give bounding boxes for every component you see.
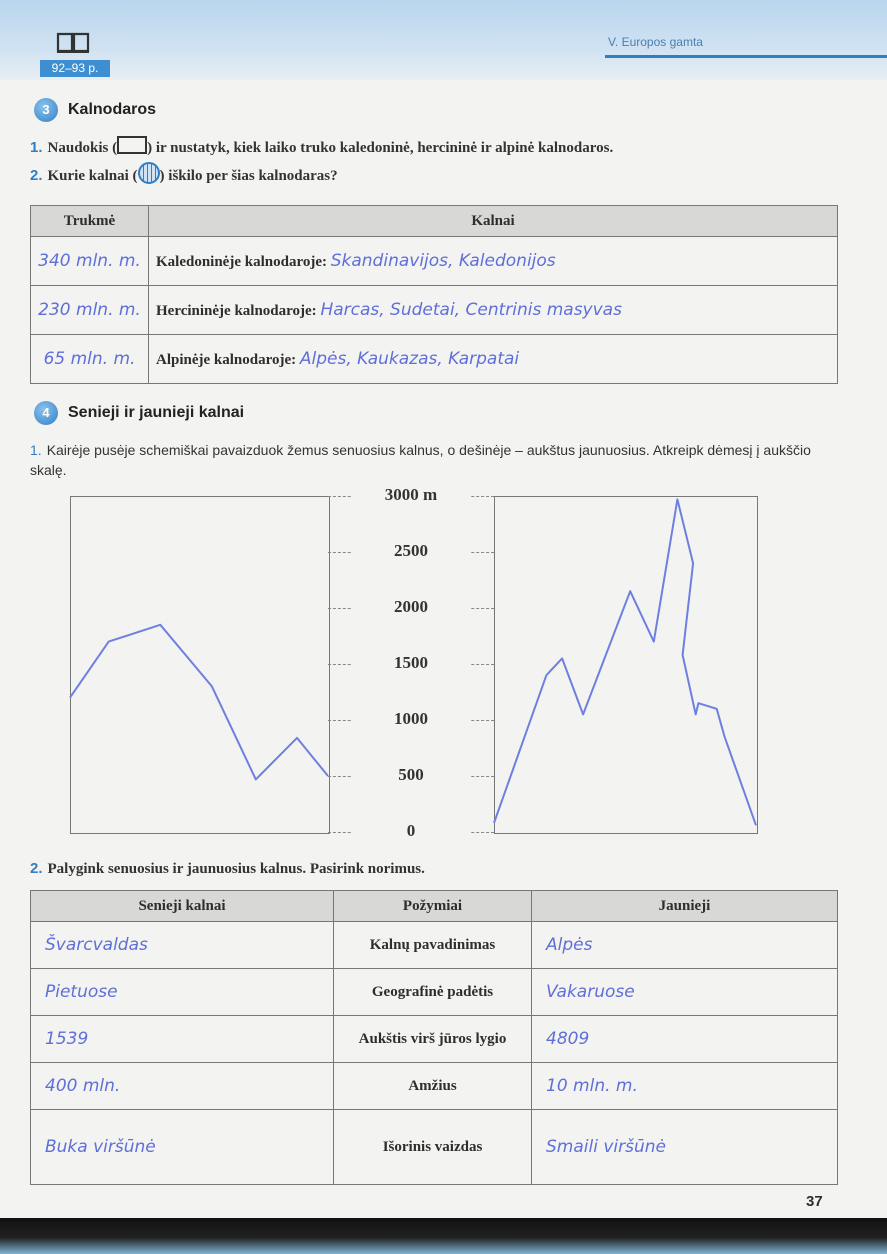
scale-label: 2000 (351, 597, 471, 617)
young-answer[interactable]: Vakaruose (532, 969, 838, 1016)
young-answer[interactable]: 10 mln. m. (532, 1063, 838, 1110)
section-number-badge: 4 (34, 401, 58, 425)
comparison-table: Senieji kalnai Požymiai Jaunieji Švarcva… (30, 890, 838, 1185)
column-header-old: Senieji kalnai (31, 891, 334, 922)
section-title: Senieji ir jaunieji kalnai (68, 404, 244, 422)
table-row: Buka viršūnė Išorinis vaizdas Smaili vir… (31, 1110, 838, 1185)
table-row: Pietuose Geografinė padėtis Vakaruose (31, 969, 838, 1016)
young-answer[interactable]: Alpės (532, 922, 838, 969)
column-header-duration: Trukmė (31, 206, 149, 237)
scan-edge (0, 1218, 887, 1254)
feature-label: Išorinis vaizdas (334, 1110, 532, 1185)
old-answer[interactable]: Švarcvaldas (31, 922, 334, 969)
scale-label: 0 (351, 821, 471, 841)
answer-field[interactable]: Harcas, Sudetai, Centrinis masyvas (320, 300, 622, 320)
table-row: Švarcvaldas Kalnų pavadinimas Alpės (31, 922, 838, 969)
old-answer[interactable]: Buka viršūnė (31, 1110, 334, 1185)
old-answer[interactable]: 1539 (31, 1016, 334, 1063)
scale-label: 2500 (351, 541, 471, 561)
chapter-title: V. Europos gamta (608, 35, 703, 49)
answer-field[interactable]: Alpės, Kaukazas, Karpatai (300, 349, 519, 369)
feature-label: Amžius (334, 1063, 532, 1110)
column-header-mountains: Kalnai (149, 206, 838, 237)
section-number-badge: 3 (34, 98, 58, 122)
table-row: 340 mln. m. Kaledoninėje kalnodaroje: Sk… (31, 237, 838, 286)
feature-label: Kalnų pavadinimas (334, 922, 532, 969)
old-answer[interactable]: Pietuose (31, 969, 334, 1016)
section-4-heading: 4 Senieji ir jaunieji kalnai (34, 401, 244, 425)
feature-label: Aukštis virš jūros lygio (334, 1016, 532, 1063)
column-header-features: Požymiai (334, 891, 532, 922)
old-answer[interactable]: 400 mln. (31, 1063, 334, 1110)
orogeny-table: Trukmė Kalnai 340 mln. m. Kaledoninėje k… (30, 205, 838, 384)
scale-label: 3000 m (351, 485, 471, 505)
task-3-1: 1.Naudokis () ir nustatyk, kiek laiko tr… (30, 136, 613, 157)
page-reference: 92–93 p. (40, 60, 110, 77)
duration-cell[interactable]: 230 mln. m. (31, 286, 149, 335)
globe-icon (138, 162, 160, 184)
task-3-2: 2.Kurie kalnai () iškilo per šias kalnod… (30, 162, 338, 185)
scale-label: 1000 (351, 709, 471, 729)
table-row: 400 mln. Amžius 10 mln. m. (31, 1063, 838, 1110)
book-reference-icon (117, 136, 147, 154)
task-4-2: 2.Palygink senuosius ir jaunuosius kalnu… (30, 860, 425, 878)
young-answer[interactable]: 4809 (532, 1016, 838, 1063)
header-band (0, 0, 887, 80)
open-book-icon (56, 30, 90, 54)
table-row: 65 mln. m. Alpinėje kalnodaroje: Alpės, … (31, 335, 838, 384)
table-row: 230 mln. m. Hercininėje kalnodaroje: Har… (31, 286, 838, 335)
old-mountains-drawing-area[interactable] (70, 496, 330, 834)
duration-cell[interactable]: 65 mln. m. (31, 335, 149, 384)
section-title: Kalnodaros (68, 101, 156, 119)
scale-label: 500 (351, 765, 471, 785)
duration-cell[interactable]: 340 mln. m. (31, 237, 149, 286)
feature-label: Geografinė padėtis (334, 969, 532, 1016)
chapter-underline (605, 55, 887, 58)
table-row: 1539 Aukštis virš jūros lygio 4809 (31, 1016, 838, 1063)
column-header-young: Jaunieji (532, 891, 838, 922)
scale-label: 1500 (351, 653, 471, 673)
page-number: 37 (806, 1193, 823, 1210)
section-3-heading: 3 Kalnodaros (34, 98, 156, 122)
young-mountains-drawing-area[interactable] (494, 496, 758, 834)
answer-field[interactable]: Skandinavijos, Kaledonijos (331, 251, 556, 271)
young-answer[interactable]: Smaili viršūnė (532, 1110, 838, 1185)
task-4-1: 1.Kairėje pusėje schemiškai pavaizduok ž… (30, 440, 835, 480)
